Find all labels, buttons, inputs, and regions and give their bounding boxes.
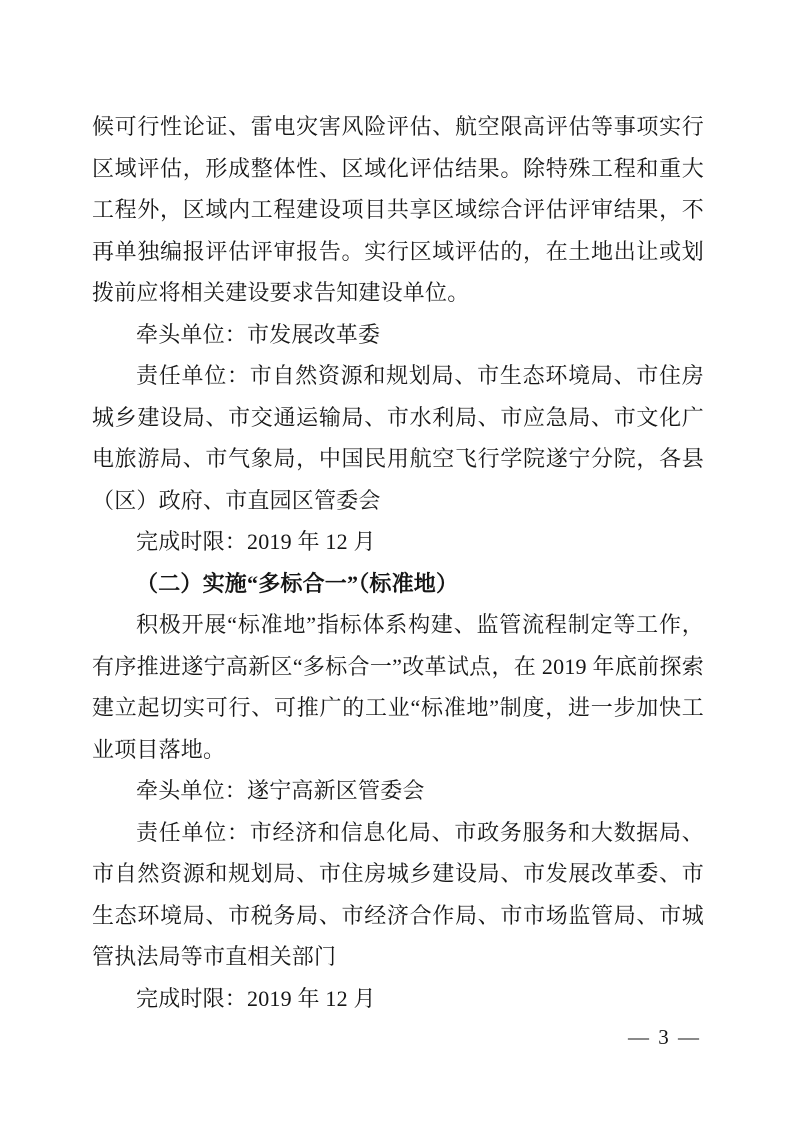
- responsible-units-line: 责任单位：市经济和信息化局、市政务服务和大数据局、市自然资源和规划局、市住房城乡…: [92, 812, 704, 978]
- section-heading: （二）实施“多标合一”（标准地）: [92, 563, 704, 605]
- document-page: 候可行性论证、雷电灾害风险评估、航空限高评估等事项实行区域评估，形成整体性、区域…: [0, 0, 793, 1122]
- document-body: 候可行性论证、雷电灾害风险评估、航空限高评估等事项实行区域评估，形成整体性、区域…: [92, 106, 704, 1019]
- deadline-line: 完成时限：2019 年 12 月: [92, 521, 704, 563]
- responsible-units-line: 责任单位：市自然资源和规划局、市生态环境局、市住房城乡建设局、市交通运输局、市水…: [92, 355, 704, 521]
- paragraph: 积极开展“标准地”指标体系构建、监管流程制定等工作，有序推进遂宁高新区“多标合一…: [92, 604, 704, 770]
- lead-unit-line: 牵头单位：市发展改革委: [92, 314, 704, 356]
- page-number: — 3 —: [628, 1024, 701, 1050]
- deadline-line: 完成时限：2019 年 12 月: [92, 978, 704, 1020]
- lead-unit-line: 牵头单位：遂宁高新区管委会: [92, 770, 704, 812]
- paragraph-continuation: 候可行性论证、雷电灾害风险评估、航空限高评估等事项实行区域评估，形成整体性、区域…: [92, 106, 704, 314]
